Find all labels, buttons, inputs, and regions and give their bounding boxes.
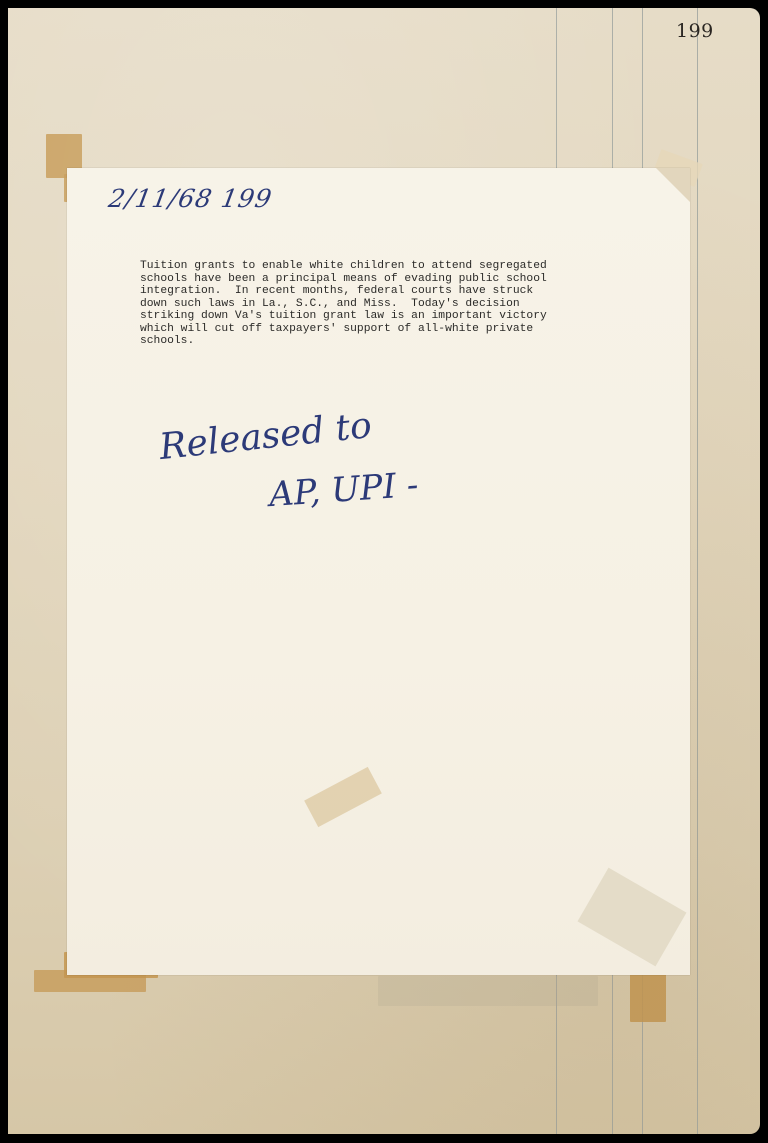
typed-line: Tuition grants to enable white children … [140,260,600,273]
handwritten-release-note-line2: AP, UPI - [268,465,420,515]
memo-sheet: 2/11/68 199 Tuition grants to enable whi… [67,168,690,975]
typed-statement: Tuition grants to enable white children … [140,260,600,348]
typed-line: which will cut off taxpayers' support of… [140,323,600,336]
memo-folded-corner [656,168,690,202]
typed-line: down such laws in La., S.C., and Miss. T… [140,298,600,311]
tape-residue-bottom-right [578,868,687,967]
stamped-page-number: 199 [676,20,714,42]
typed-line: integration. In recent months, federal c… [140,285,600,298]
typed-line: striking down Va's tuition grant law is … [140,310,600,323]
typed-line: schools have been a principal means of e… [140,273,600,286]
handwritten-release-note-line1: Released to [157,405,373,468]
tape-residue-bottom [378,976,598,1006]
handwritten-date: 2/11/68 199 [106,184,274,213]
typed-line: schools. [140,335,600,348]
tape-bottom-right [630,974,666,1022]
tape-center [304,767,382,827]
